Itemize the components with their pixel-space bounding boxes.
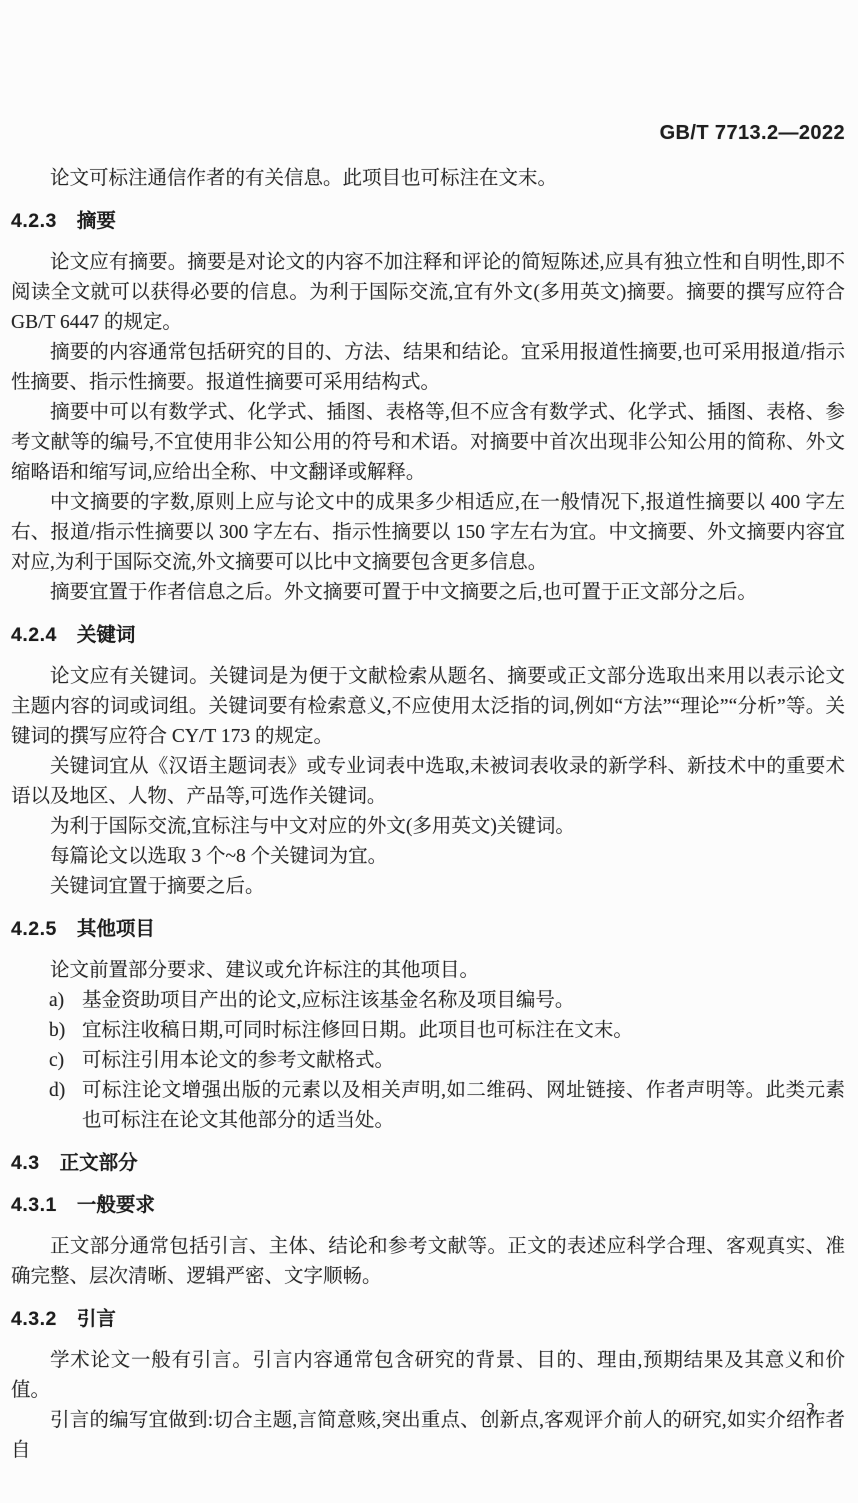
section-title: 其他项目 — [77, 918, 155, 940]
section-number: 4.3.1 — [11, 1194, 57, 1216]
section-number: 4.2.5 — [11, 918, 57, 940]
section-title: 引言 — [77, 1308, 116, 1330]
paragraph: 摘要宜置于作者信息之后。外文摘要可置于中文摘要之后,也可置于正文部分之后。 — [11, 578, 845, 608]
section-title: 正文部分 — [60, 1152, 138, 1174]
section-number: 4.2.3 — [11, 210, 57, 232]
list-item: b) 宜标注收稿日期,可同时标注修回日期。此项目也可标注在文末。 — [11, 1016, 845, 1046]
list-item: c) 可标注引用本论文的参考文献格式。 — [11, 1046, 845, 1076]
heading-4-3-1: 4.3.1 一般要求 — [11, 1190, 845, 1220]
paragraph: 论文应有摘要。摘要是对论文的内容不加注释和评论的简短陈述,应具有独立性和自明性,… — [11, 248, 845, 338]
section-title: 一般要求 — [77, 1194, 155, 1216]
section-title: 关键词 — [77, 624, 136, 646]
paragraph: 摘要中可以有数学式、化学式、插图、表格等,但不应含有数学式、化学式、插图、表格、… — [11, 398, 845, 488]
heading-4-3-2: 4.3.2 引言 — [11, 1304, 845, 1334]
list-item-marker: c) — [49, 1046, 64, 1076]
paragraph-corresponding-author: 论文可标注通信作者的有关信息。此项目也可标注在文末。 — [11, 164, 845, 194]
standard-number-header: GB/T 7713.2—2022 — [11, 120, 845, 146]
list-item-marker: b) — [49, 1016, 65, 1046]
heading-4-2-3: 4.2.3 摘要 — [11, 206, 845, 236]
heading-4-3: 4.3 正文部分 — [11, 1148, 845, 1178]
paragraph-continued-next-page: 引言的编写宜做到:切合主题,言简意赅,突出重点、创新点,客观评介前人的研究,如实… — [11, 1406, 845, 1466]
section-number: 4.3 — [11, 1152, 40, 1174]
paragraph-list-lead: 论文前置部分要求、建议或允许标注的其他项目。 — [11, 956, 845, 986]
section-number: 4.2.4 — [11, 624, 57, 646]
list-item: d) 可标注论文增强出版的元素以及相关声明,如二维码、网址链接、作者声明等。此类… — [11, 1076, 845, 1136]
list-item-text: 宜标注收稿日期,可同时标注修回日期。此项目也可标注在文末。 — [82, 1020, 633, 1041]
document-page: GB/T 7713.2—2022 论文可标注通信作者的有关信息。此项目也可标注在… — [0, 0, 858, 1503]
heading-4-2-5: 4.2.5 其他项目 — [11, 914, 845, 944]
paragraph: 每篇论文以选取 3 个~8 个关键词为宜。 — [11, 842, 845, 872]
heading-4-2-4: 4.2.4 关键词 — [11, 620, 845, 650]
paragraph: 正文部分通常包括引言、主体、结论和参考文献等。正文的表述应科学合理、客观真实、准… — [11, 1232, 845, 1292]
paragraph: 中文摘要的字数,原则上应与论文中的成果多少相适应,在一般情况下,报道性摘要以 4… — [11, 488, 845, 578]
paragraph: 论文应有关键词。关键词是为便于文献检索从题名、摘要或正文部分选取出来用以表示论文… — [11, 662, 845, 752]
list-item-marker: a) — [49, 986, 64, 1016]
paragraph: 摘要的内容通常包括研究的目的、方法、结果和结论。宜采用报道性摘要,也可采用报道/… — [11, 338, 845, 398]
paragraph: 为利于国际交流,宜标注与中文对应的外文(多用英文)关键词。 — [11, 812, 845, 842]
ordered-list: a) 基金资助项目产出的论文,应标注该基金名称及项目编号。 b) 宜标注收稿日期… — [11, 986, 845, 1136]
list-item-text: 基金资助项目产出的论文,应标注该基金名称及项目编号。 — [82, 990, 574, 1011]
paragraph: 关键词宜从《汉语主题词表》或专业词表中选取,未被词表收录的新学科、新技术中的重要… — [11, 752, 845, 812]
list-item-marker: d) — [49, 1076, 65, 1106]
page-number: 3 — [806, 1396, 815, 1422]
list-item: a) 基金资助项目产出的论文,应标注该基金名称及项目编号。 — [11, 986, 845, 1016]
paragraph: 学术论文一般有引言。引言内容通常包含研究的背景、目的、理由,预期结果及其意义和价… — [11, 1346, 845, 1406]
section-number: 4.3.2 — [11, 1308, 57, 1330]
list-item-text: 可标注论文增强出版的元素以及相关声明,如二维码、网址链接、作者声明等。此类元素也… — [82, 1080, 845, 1131]
paragraph: 关键词宜置于摘要之后。 — [11, 872, 845, 902]
section-title: 摘要 — [77, 210, 116, 232]
list-item-text: 可标注引用本论文的参考文献格式。 — [82, 1050, 394, 1071]
